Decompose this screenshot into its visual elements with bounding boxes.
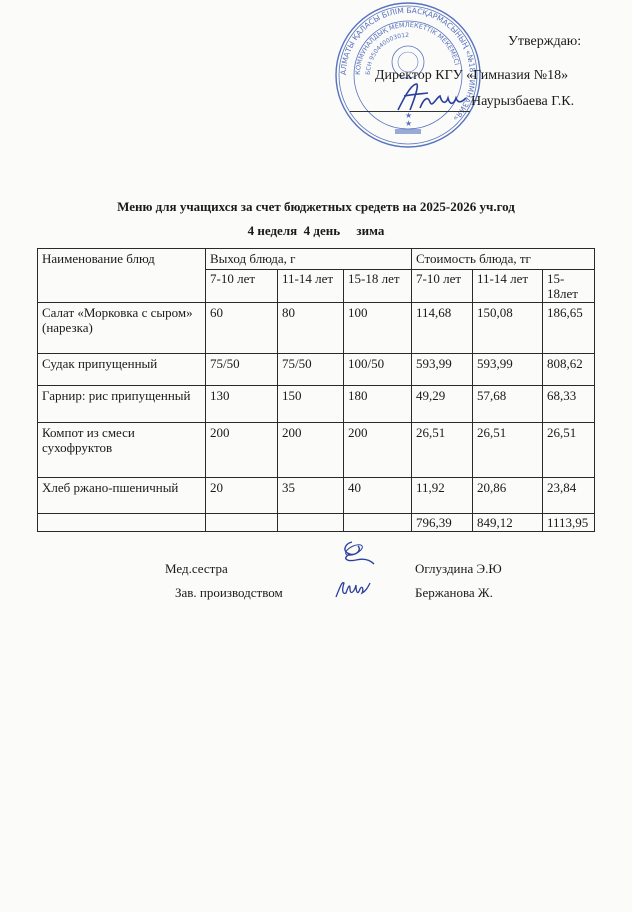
table-header-row: Наименование блюд Выход блюда, г Стоимос… — [38, 249, 595, 270]
header-cost-age: 15-18лет — [543, 270, 595, 303]
total-yield — [344, 514, 412, 532]
approval-label: Утверждаю: — [508, 33, 581, 51]
dish-name: Гарнир: рис припущенный — [38, 386, 206, 423]
header-cost-age: 11-14 лет — [473, 270, 543, 303]
header-yield-age: 15-18 лет — [344, 270, 412, 303]
table-row: Компот из смеси сухофруктов 200 200 200 … — [38, 423, 595, 478]
yield-cell: 100 — [344, 303, 412, 354]
yield-cell: 130 — [206, 386, 278, 423]
header-dish: Наименование блюд — [38, 249, 206, 303]
yield-cell: 200 — [278, 423, 344, 478]
cost-cell: 186,65 — [543, 303, 595, 354]
day-label: 4 день — [304, 223, 340, 238]
total-label — [38, 514, 206, 532]
yield-cell: 80 — [278, 303, 344, 354]
cost-cell: 68,33 — [543, 386, 595, 423]
cost-cell: 150,08 — [473, 303, 543, 354]
total-cost: 1113,95 — [543, 514, 595, 532]
cost-cell: 49,29 — [412, 386, 473, 423]
table-row: Салат «Морковка с сыром» (нарезка) 60 80… — [38, 303, 595, 354]
total-cost: 849,12 — [473, 514, 543, 532]
yield-cell: 75/50 — [278, 354, 344, 386]
nurse-name: Оглуздина Э.Ю — [415, 561, 502, 577]
dish-name: Компот из смеси сухофруктов — [38, 423, 206, 478]
nurse-signature — [330, 538, 380, 568]
table-row: Судак припущенный 75/50 75/50 100/50 593… — [38, 354, 595, 386]
table-row: Гарнир: рис припущенный 130 150 180 49,2… — [38, 386, 595, 423]
week-label: 4 неделя — [248, 223, 298, 238]
header-cost-age: 7-10 лет — [412, 270, 473, 303]
header-yield: Выход блюда, г — [206, 249, 412, 270]
dish-name: Салат «Морковка с сыром» (нарезка) — [38, 303, 206, 354]
yield-cell: 150 — [278, 386, 344, 423]
dish-name: Судак припущенный — [38, 354, 206, 386]
dish-name: Хлеб ржано-пшеничный — [38, 478, 206, 514]
header-yield-age: 11-14 лет — [278, 270, 344, 303]
table-row: Хлеб ржано-пшеничный 20 35 40 11,92 20,8… — [38, 478, 595, 514]
document-title: Меню для учащихся за счет бюджетных сред… — [0, 199, 632, 215]
yield-cell: 180 — [344, 386, 412, 423]
cost-cell: 23,84 — [543, 478, 595, 514]
header-cost: Стоимость блюда, тг — [412, 249, 595, 270]
chef-name: Бержанова Ж. — [415, 585, 493, 601]
total-yield — [278, 514, 344, 532]
season-label: зима — [356, 223, 384, 238]
total-yield — [206, 514, 278, 532]
cost-cell: 20,86 — [473, 478, 543, 514]
cost-cell: 114,68 — [412, 303, 473, 354]
director-signature — [390, 80, 472, 114]
cost-cell: 808,62 — [543, 354, 595, 386]
cost-cell: 57,68 — [473, 386, 543, 423]
yield-cell: 75/50 — [206, 354, 278, 386]
yield-cell: 100/50 — [344, 354, 412, 386]
yield-cell: 200 — [344, 423, 412, 478]
cost-cell: 26,51 — [543, 423, 595, 478]
director-name: Наурызбаева Г.К. — [471, 93, 574, 111]
cost-cell: 593,99 — [473, 354, 543, 386]
cost-cell: 593,99 — [412, 354, 473, 386]
chef-signature — [332, 575, 372, 599]
total-cost: 796,39 — [412, 514, 473, 532]
chef-role: Зав. производством — [175, 585, 283, 601]
yield-cell: 35 — [278, 478, 344, 514]
yield-cell: 200 — [206, 423, 278, 478]
cost-cell: 26,51 — [473, 423, 543, 478]
yield-cell: 20 — [206, 478, 278, 514]
svg-text:★: ★ — [405, 119, 412, 128]
nurse-role: Мед.сестра — [165, 561, 228, 577]
menu-table: Наименование блюд Выход блюда, г Стоимос… — [37, 248, 595, 532]
yield-cell: 40 — [344, 478, 412, 514]
yield-cell: 60 — [206, 303, 278, 354]
document-subtitle: 4 неделя 4 день зима — [0, 223, 632, 239]
table-total-row: 796,39 849,12 1113,95 — [38, 514, 595, 532]
cost-cell: 26,51 — [412, 423, 473, 478]
header-yield-age: 7-10 лет — [206, 270, 278, 303]
cost-cell: 11,92 — [412, 478, 473, 514]
